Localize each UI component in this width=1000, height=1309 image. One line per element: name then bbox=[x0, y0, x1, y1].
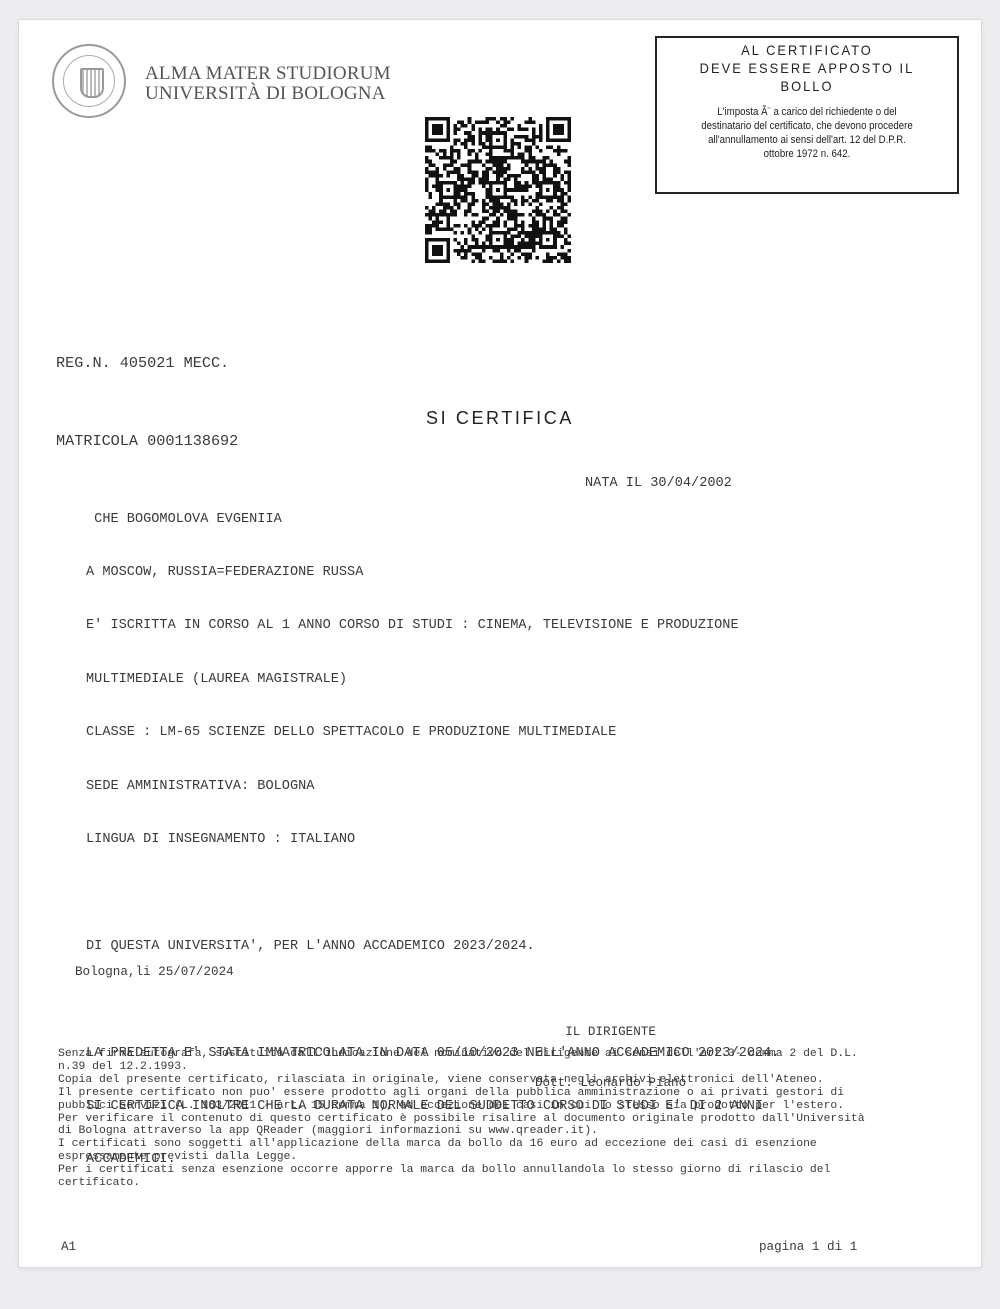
footnote-line: I certificati sono soggetti all'applicaz… bbox=[58, 1138, 865, 1151]
footnote-line: Copia del presente certificato, rilascia… bbox=[58, 1074, 865, 1087]
body-line: LINGUA DI INSEGNAMENTO : ITALIANO bbox=[86, 831, 779, 849]
legal-footnotes: Senza firma autografa, sostituita dall'i… bbox=[58, 1048, 865, 1190]
footnote-line: Senza firma autografa, sostituita dall'i… bbox=[58, 1048, 865, 1061]
page-number: pagina 1 di 1 bbox=[759, 1240, 857, 1254]
stamp-duty-title: AL CERTIFICATO DEVE ESSERE APPOSTO IL BO… bbox=[669, 41, 945, 95]
place-and-date: Bologna,li 25/07/2024 bbox=[75, 965, 234, 979]
footnote-line: Il presente certificato non puo' essere … bbox=[58, 1087, 865, 1100]
footnote-line: espressamente previsti dalla Legge. bbox=[58, 1151, 865, 1164]
stamp-duty-title-line: DEVE ESSERE APPOSTO IL bbox=[669, 59, 945, 77]
stamp-duty-text-line: L'imposta Ã¨ a carico del richiedente o … bbox=[686, 105, 929, 119]
certificate-heading: SI CERTIFICA bbox=[19, 408, 981, 429]
certificate-page: ALMA MATER STUDIORUM UNIVERSITÀ DI BOLOG… bbox=[19, 20, 981, 1267]
stamp-duty-text-line: ottobre 1972 n. 642. bbox=[686, 147, 929, 161]
stamp-duty-notice-box: AL CERTIFICATO DEVE ESSERE APPOSTO IL BO… bbox=[655, 36, 959, 194]
student-name-line: CHE BOGOMOLOVA EVGENIIA bbox=[86, 511, 779, 529]
footnote-line: di Bologna attraverso la app QReader (ma… bbox=[58, 1125, 865, 1138]
qr-code-icon bbox=[425, 117, 571, 263]
university-name-line2: UNIVERSITÀ DI BOLOGNA bbox=[145, 84, 391, 104]
seal-shield-icon bbox=[80, 68, 104, 98]
body-line: A MOSCOW, RUSSIA=FEDERAZIONE RUSSA bbox=[86, 564, 779, 582]
stamp-duty-title-line: AL CERTIFICATO bbox=[669, 41, 945, 59]
stamp-duty-title-line: BOLLO bbox=[669, 77, 945, 95]
student-id-number: MATRICOLA 0001138692 bbox=[56, 428, 238, 454]
stamp-duty-text: L'imposta Ã¨ a carico del richiedente o … bbox=[686, 105, 929, 161]
footnote-line: Per i certificati senza esenzione occorr… bbox=[58, 1164, 865, 1177]
footnote-line: n.39 del 12.2.1993. bbox=[58, 1061, 865, 1074]
university-seal-icon bbox=[52, 44, 126, 118]
spacer bbox=[86, 884, 779, 902]
university-name: ALMA MATER STUDIORUM UNIVERSITÀ DI BOLOG… bbox=[145, 64, 391, 104]
stamp-duty-text-line: destinatario del certificato, che devono… bbox=[686, 119, 929, 133]
academic-year-line: DI QUESTA UNIVERSITA', PER L'ANNO ACCADE… bbox=[86, 938, 779, 956]
document-code: A1 bbox=[61, 1240, 76, 1254]
footnote-line: pubblici servizi (L. 183/2011 - art. 15 … bbox=[58, 1100, 865, 1113]
birth-date: NATA IL 30/04/2002 bbox=[585, 475, 732, 493]
body-line: MULTIMEDIALE (LAUREA MAGISTRALE) bbox=[86, 671, 779, 689]
stamp-duty-text-line: all'annullamento ai sensi dell'art. 12 d… bbox=[686, 133, 929, 147]
footnote-line: certificato. bbox=[58, 1177, 865, 1190]
university-name-line1: ALMA MATER STUDIORUM bbox=[145, 64, 391, 84]
signatory-role: IL DIRIGENTE bbox=[535, 1024, 686, 1041]
body-line: SEDE AMMINISTRATIVA: BOLOGNA bbox=[86, 778, 779, 796]
body-line: E' ISCRITTA IN CORSO AL 1 ANNO CORSO DI … bbox=[86, 617, 779, 635]
footnote-line: Per verificare il contenuto di questo ce… bbox=[58, 1113, 865, 1126]
body-line: CLASSE : LM-65 SCIENZE DELLO SPETTACOLO … bbox=[86, 724, 779, 742]
registration-number: REG.N. 405021 MECC. bbox=[56, 350, 238, 376]
seal-inner-ring bbox=[63, 55, 115, 107]
